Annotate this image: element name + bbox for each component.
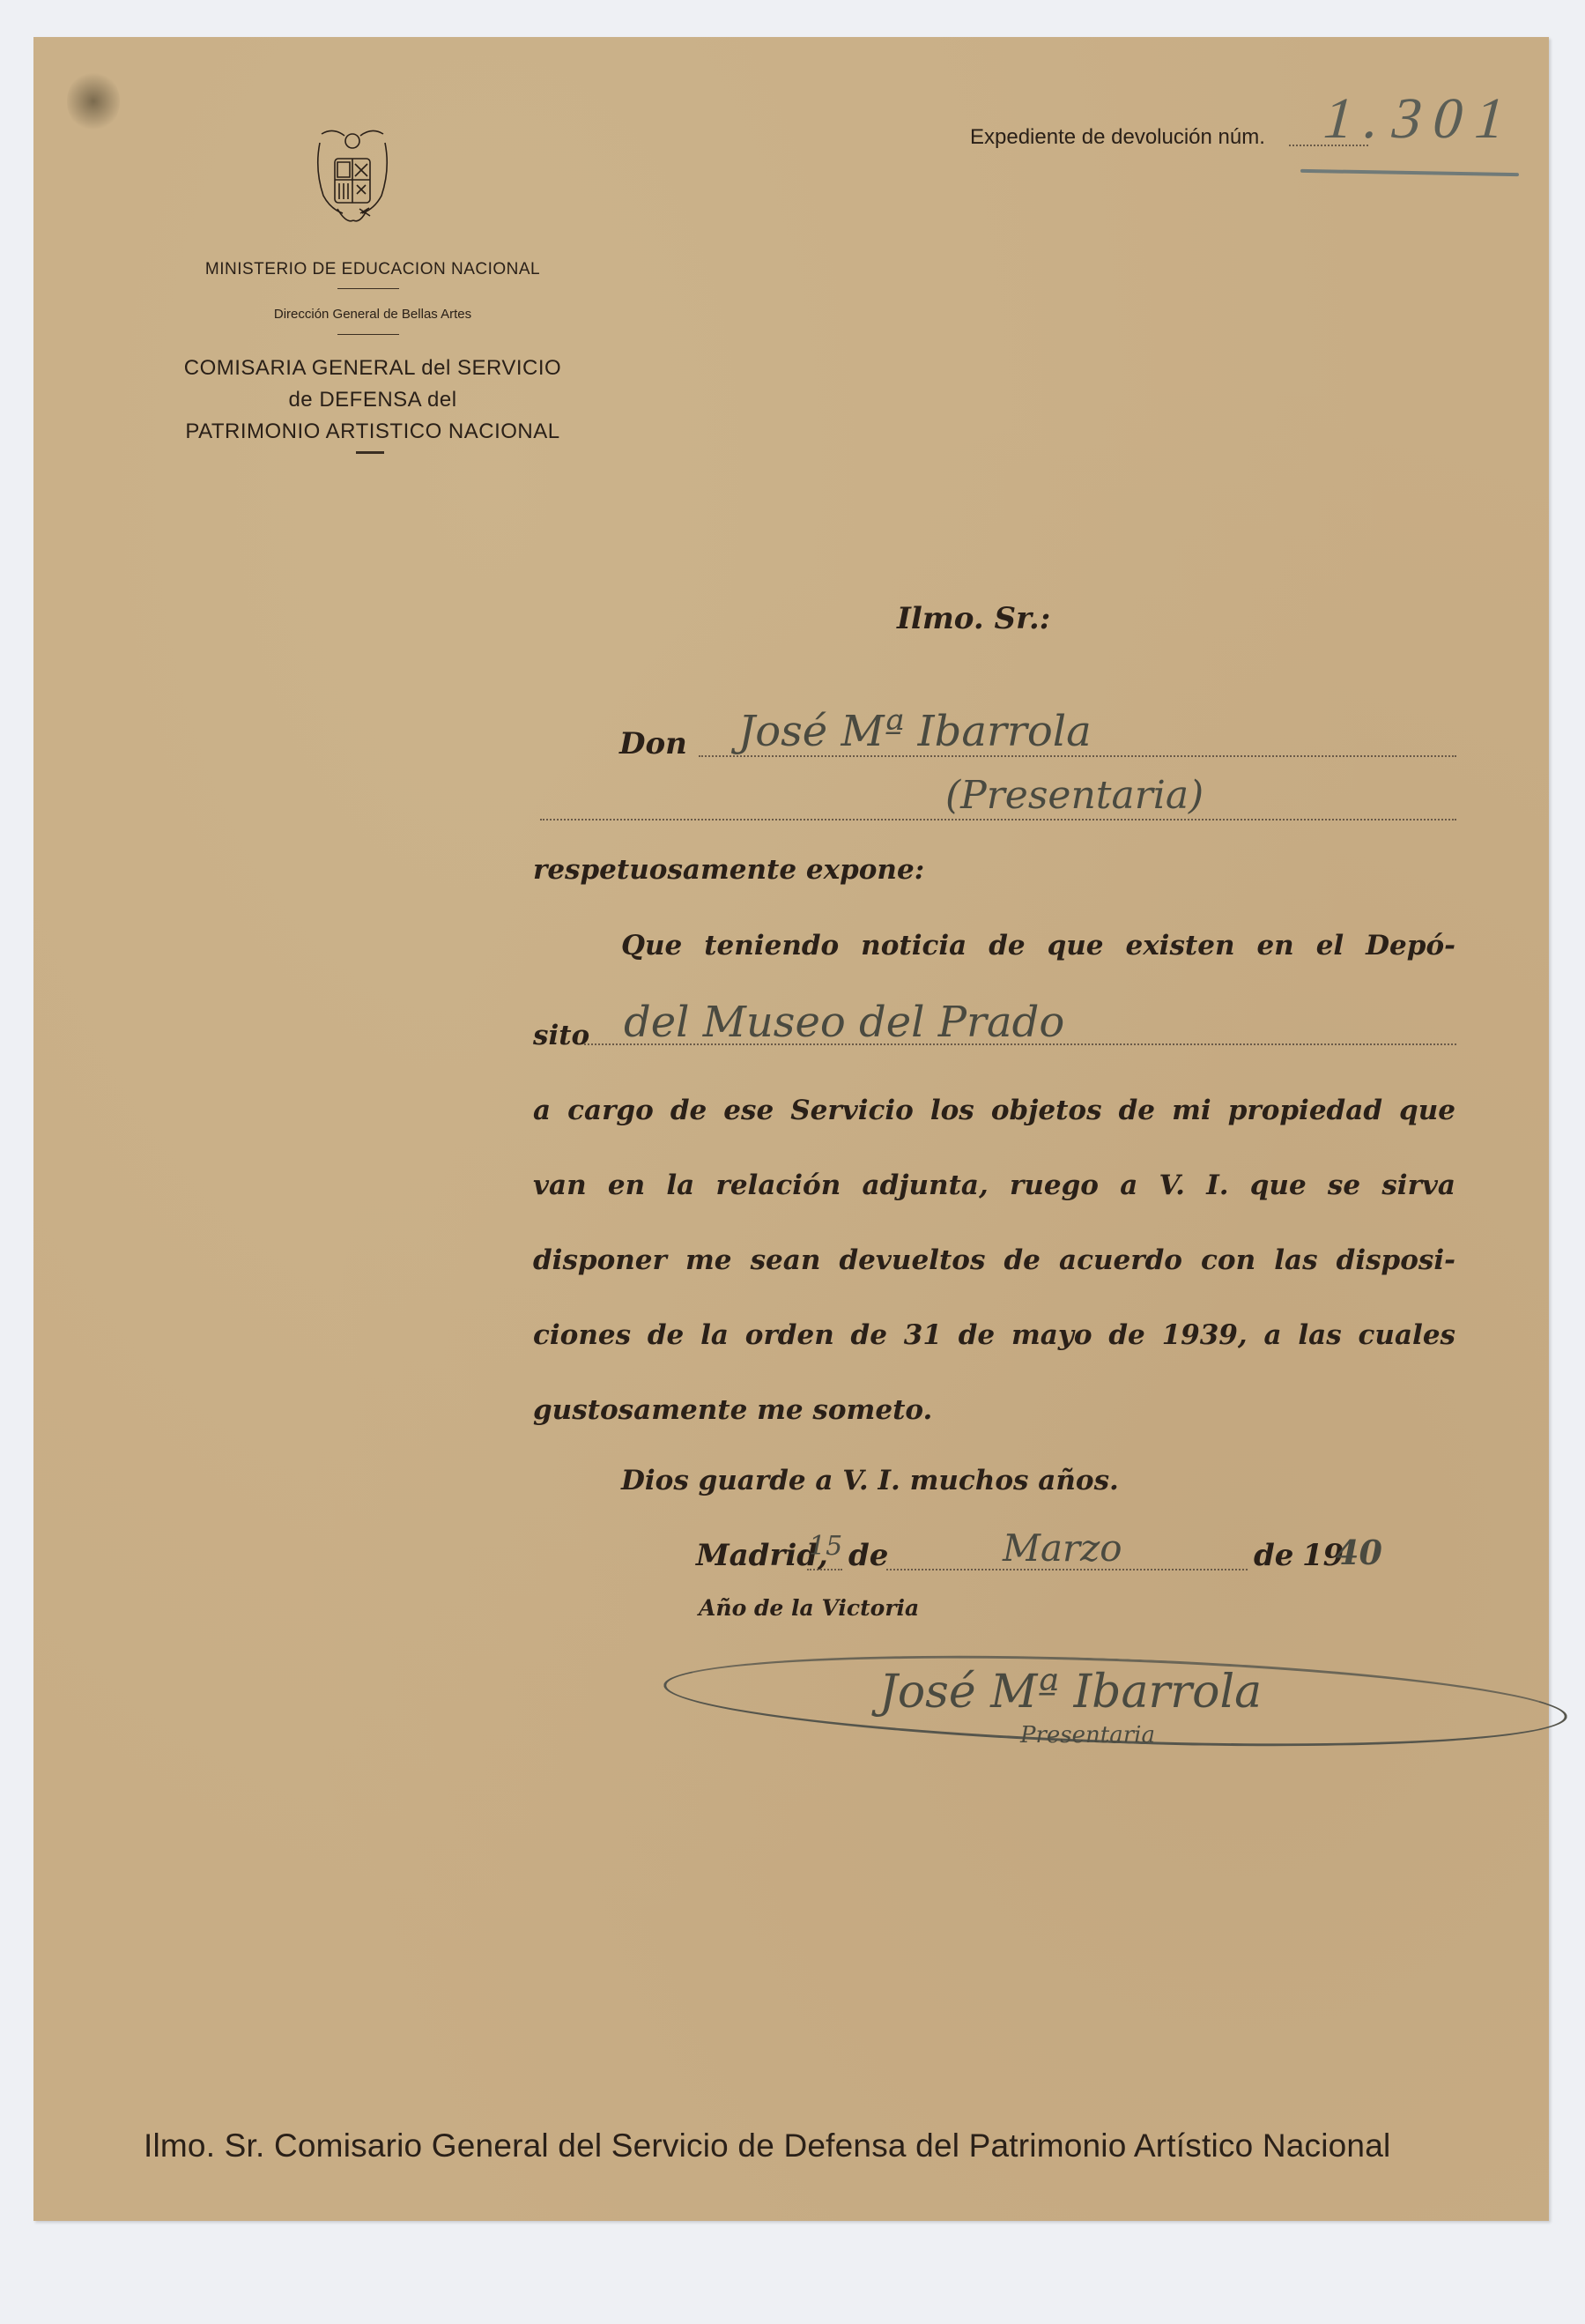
petitioner-name: José Mª Ibarrola xyxy=(738,707,1092,756)
paper-stain xyxy=(67,71,120,132)
sito-label: sito xyxy=(533,1020,589,1051)
divider xyxy=(356,451,384,454)
commission-line-1: COMISARIA GENERAL del SERVICIO xyxy=(148,353,597,384)
file-number-value: 1.301 xyxy=(1316,85,1525,152)
document-page: MINISTERIO DE EDUCACION NACIONAL Direcci… xyxy=(33,37,1549,2221)
body-line-5: disponer me sean devueltos de acuerdo co… xyxy=(533,1244,1455,1276)
intro-text: respetuosamente expone: xyxy=(533,854,1455,886)
file-number-underline xyxy=(1300,169,1519,176)
body-line-6: ciones de la orden de 31 de mayo de 1939… xyxy=(533,1319,1455,1351)
commission-line-3: PATRIMONIO ARTISTICO NACIONAL xyxy=(148,416,597,448)
coat-of-arms-icon xyxy=(311,125,395,231)
signature-name: José Mª Ibarrola xyxy=(879,1666,1262,1719)
body-line-1: Que teniendo noticia de que existen en e… xyxy=(621,930,1455,962)
title-dotline xyxy=(540,819,1456,820)
ministry-name: MINISTERIO DE EDUCACION NACIONAL xyxy=(148,260,597,279)
petitioner-title: (Presentaria) xyxy=(945,773,1204,818)
signature-subtitle: Presentaria xyxy=(1020,1722,1155,1749)
divider xyxy=(337,334,399,335)
body-line-7: gustosamente me someto. xyxy=(533,1394,1455,1426)
commission-line-2: de DEFENSA del xyxy=(148,384,597,416)
salutation: Ilmo. Sr.: xyxy=(897,601,1050,636)
date-month: Marzo xyxy=(1003,1526,1122,1570)
directorate-name: Dirección General de Bellas Artes xyxy=(148,307,597,322)
body-line-3: a cargo de ese Servicio los objetos de m… xyxy=(533,1095,1455,1126)
commission-name: COMISARIA GENERAL del SERVICIO de DEFENS… xyxy=(148,353,597,448)
date-day: 15 xyxy=(809,1531,842,1562)
don-label: Don xyxy=(619,726,687,761)
date-de-1: de xyxy=(848,1538,888,1573)
day-dotline xyxy=(807,1569,842,1570)
era-text: Año de la Victoria xyxy=(699,1595,919,1621)
date-de-2: de xyxy=(1254,1538,1293,1573)
deposit-location: del Museo del Prado xyxy=(624,998,1064,1047)
divider xyxy=(337,288,399,289)
body-line-4: van en la relación adjunta, ruego a V. I… xyxy=(533,1169,1455,1201)
closing-text: Dios guarde a V. I. muchos años. xyxy=(621,1465,1544,1496)
file-number-label: Expediente de devolución núm. xyxy=(970,125,1265,150)
date-year-handwritten: 40 xyxy=(1336,1533,1382,1572)
addressee-footer: Ilmo. Sr. Comisario General del Servicio… xyxy=(144,2127,1390,2164)
